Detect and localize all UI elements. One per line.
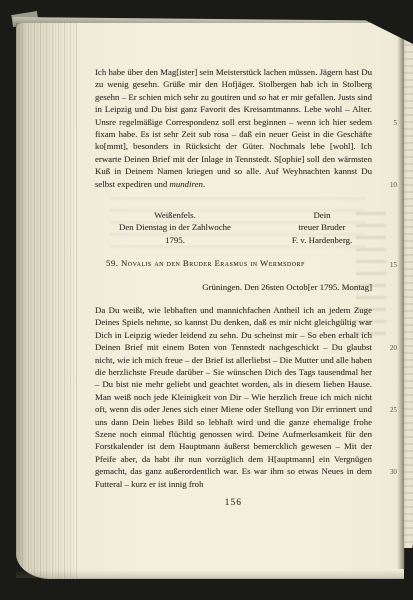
margin-line-number-10: 10 <box>381 179 397 191</box>
letter-59-dateline: Grüningen. Den 26sten Octob[er 1795. Mon… <box>95 281 372 293</box>
year-line: 1795. <box>95 234 255 246</box>
letter-58-continuation-text: Ich habe über den Mag[ister] sein Meiste… <box>95 66 372 190</box>
letter-58-place-date: Weißenfels. Den Dienstag in der Zahlwoch… <box>95 209 255 246</box>
margin-line-number-25: 25 <box>381 404 397 416</box>
page-bottom-edge <box>16 570 404 578</box>
margin-line-number-5: 5 <box>381 117 397 129</box>
book-scan: Ich habe über den Mag[ister] sein Meiste… <box>0 0 413 600</box>
date-line: Den Dienstag in der Zahlwoche <box>95 221 255 233</box>
letter-58-closing: Weißenfels. Den Dienstag in der Zahlwoch… <box>95 209 372 246</box>
letter-59-heading: 59. Novalis an den Bruder Erasmus in Wer… <box>95 257 383 269</box>
page-number: 156 <box>95 496 372 508</box>
margin-line-number-15: 15 <box>381 259 397 271</box>
place-line: Weißenfels. <box>95 209 255 221</box>
letter-59-body-text: Da Du weißt, wie lebhaften und mannichfa… <box>95 304 372 490</box>
facing-page-edge <box>404 30 413 548</box>
signature-line: treuer Bruder <box>272 221 372 233</box>
signature-line: F. v. Hardenberg. <box>272 234 372 246</box>
signature-line: Dein <box>272 209 372 221</box>
margin-line-number-20: 20 <box>381 342 397 354</box>
page-fore-edges <box>16 23 78 578</box>
letter-58-signature: Dein treuer Bruder F. v. Hardenberg. <box>272 209 372 246</box>
margin-line-number-30: 30 <box>381 466 397 478</box>
